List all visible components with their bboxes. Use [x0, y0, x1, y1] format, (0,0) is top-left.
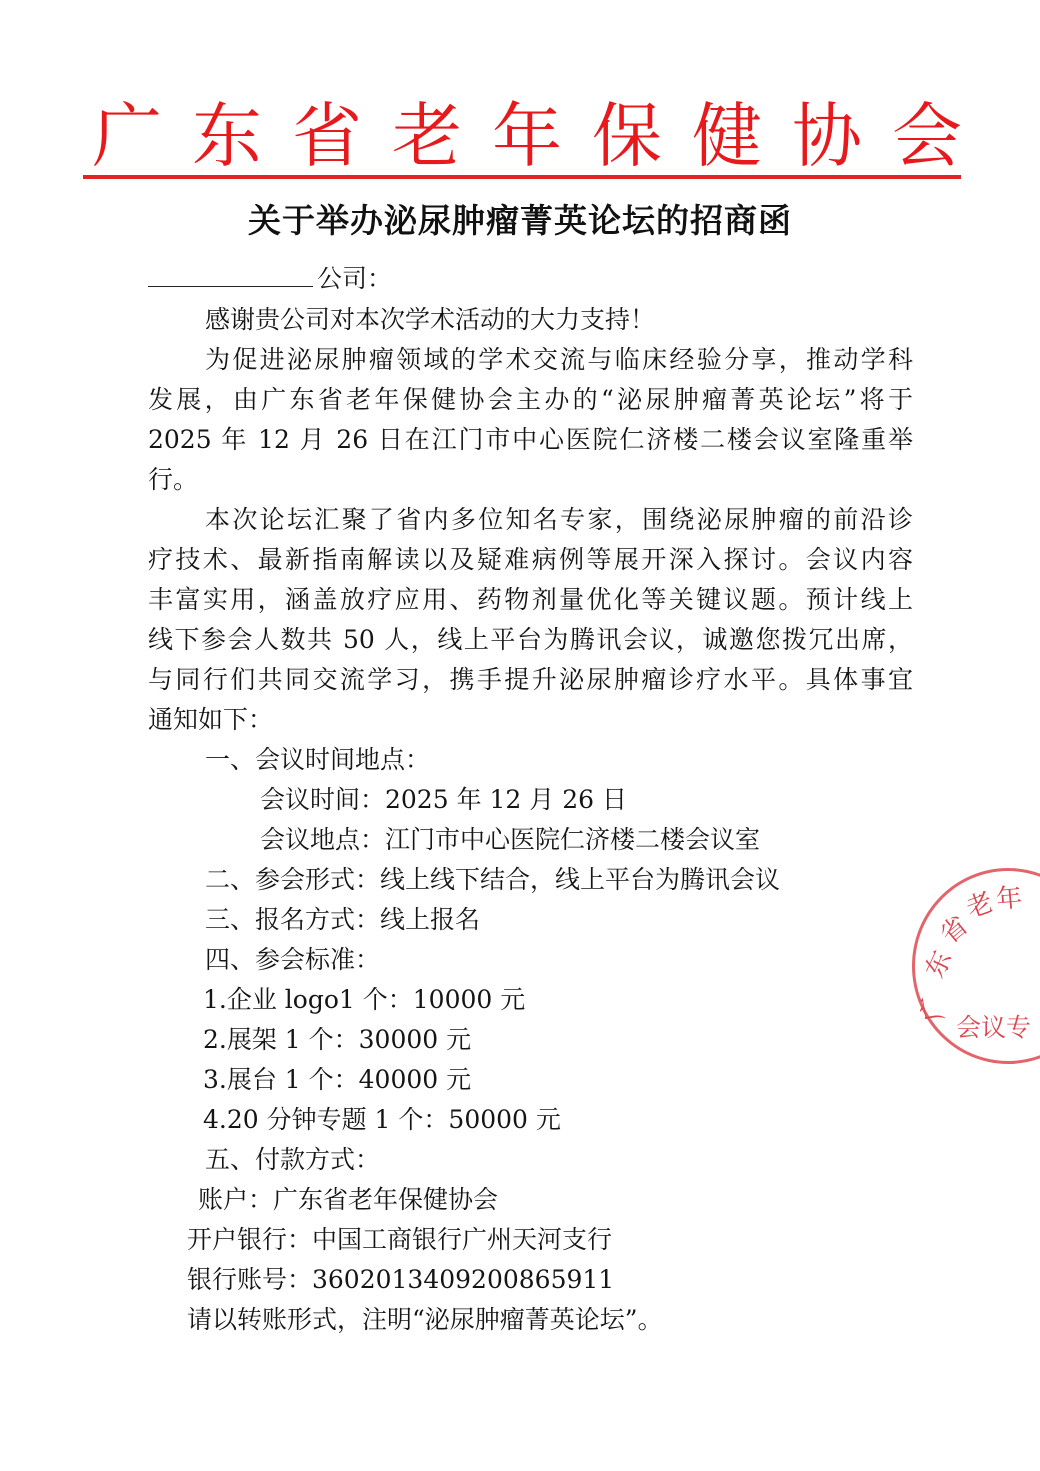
payment-note: 请以转账形式，注明“泌尿肿瘤菁英论坛”。 [187, 1300, 663, 1340]
letterhead-char: 省 [292, 96, 362, 176]
document-title: 关于举办泌尿肿瘤菁英论坛的招商函 [0, 196, 1040, 246]
para1-line: 行。 [148, 460, 198, 500]
para1-line: 为促进泌尿肿瘤领域的学术交流与临床经验分享，推动学科 [205, 340, 913, 380]
para2-line: 与同行们共同交流学习，携手提升泌尿肿瘤诊疗水平。具体事宜 [148, 660, 913, 700]
meeting-time: 会议时间：2025 年 12 月 26 日 [260, 780, 627, 820]
para2-line: 通知如下： [148, 700, 273, 740]
payment-bank: 开户银行：中国工商银行广州天河支行 [187, 1220, 612, 1260]
sponsorship-item: 3.展台 1 个：40000 元 [203, 1060, 471, 1100]
section3-registration: 三、报名方式：线上报名 [205, 900, 480, 940]
thanks-line: 感谢贵公司对本次学术活动的大力支持！ [205, 300, 655, 340]
section5-heading: 五、付款方式： [205, 1140, 380, 1180]
letterhead-char: 老 [392, 96, 462, 176]
letterhead-char: 健 [692, 96, 762, 176]
letterhead-char: 保 [592, 96, 662, 176]
seal-arc-char: 年 [994, 877, 1023, 916]
sponsorship-item: 2.展架 1 个：30000 元 [203, 1020, 471, 1060]
company-name-blank [148, 260, 313, 287]
para2-line: 丰富实用，涵盖放疗应用、药物剂量优化等关键议题。预计线上 [148, 580, 913, 620]
section4-heading: 四、参会标准： [205, 940, 380, 980]
letterhead-char: 年 [492, 96, 562, 176]
section1-heading: 一、会议时间地点： [205, 740, 430, 780]
letterhead-char: 东 [192, 96, 262, 176]
salutation: 公司： [148, 259, 392, 299]
payment-account-number: 银行账号：3602013409200865911 [187, 1260, 614, 1300]
para2-line: 疗技术、最新指南解读以及疑难病例等展开深入探讨。会议内容 [148, 540, 913, 580]
section2-format: 二、参会形式：线上线下结合，线上平台为腾讯会议 [205, 860, 780, 900]
salutation-suffix: 公司： [317, 264, 392, 293]
sponsorship-item: 4.20 分钟专题 1 个：50000 元 [203, 1100, 561, 1140]
seal-inner-text: 会议专 [956, 1008, 1031, 1044]
letterhead-org-name: 广 东 省 老 年 保 健 协 会 [92, 96, 962, 176]
para1-line: 2025 年 12 月 26 日在江门市中心医院仁济楼二楼会议室隆重举 [148, 420, 913, 460]
para2-line: 线下参会人数共 50 人，线上平台为腾讯会议，诚邀您拨冗出席， [148, 620, 913, 660]
letterhead-char: 协 [792, 96, 862, 176]
payment-account: 账户：广东省老年保健协会 [198, 1180, 498, 1220]
meeting-place: 会议地点：江门市中心医院仁济楼二楼会议室 [260, 820, 760, 860]
letterhead-char: 广 [92, 96, 162, 176]
para1-line: 发展，由广东省老年保健协会主办的“泌尿肿瘤菁英论坛”将于 [148, 380, 913, 420]
para2-line: 本次论坛汇聚了省内多位知名专家，围绕泌尿肿瘤的前沿诊 [205, 500, 913, 540]
sponsorship-item: 1.企业 logo1 个：10000 元 [203, 980, 525, 1020]
letterhead-divider [83, 175, 961, 179]
letterhead-char: 会 [892, 96, 962, 176]
